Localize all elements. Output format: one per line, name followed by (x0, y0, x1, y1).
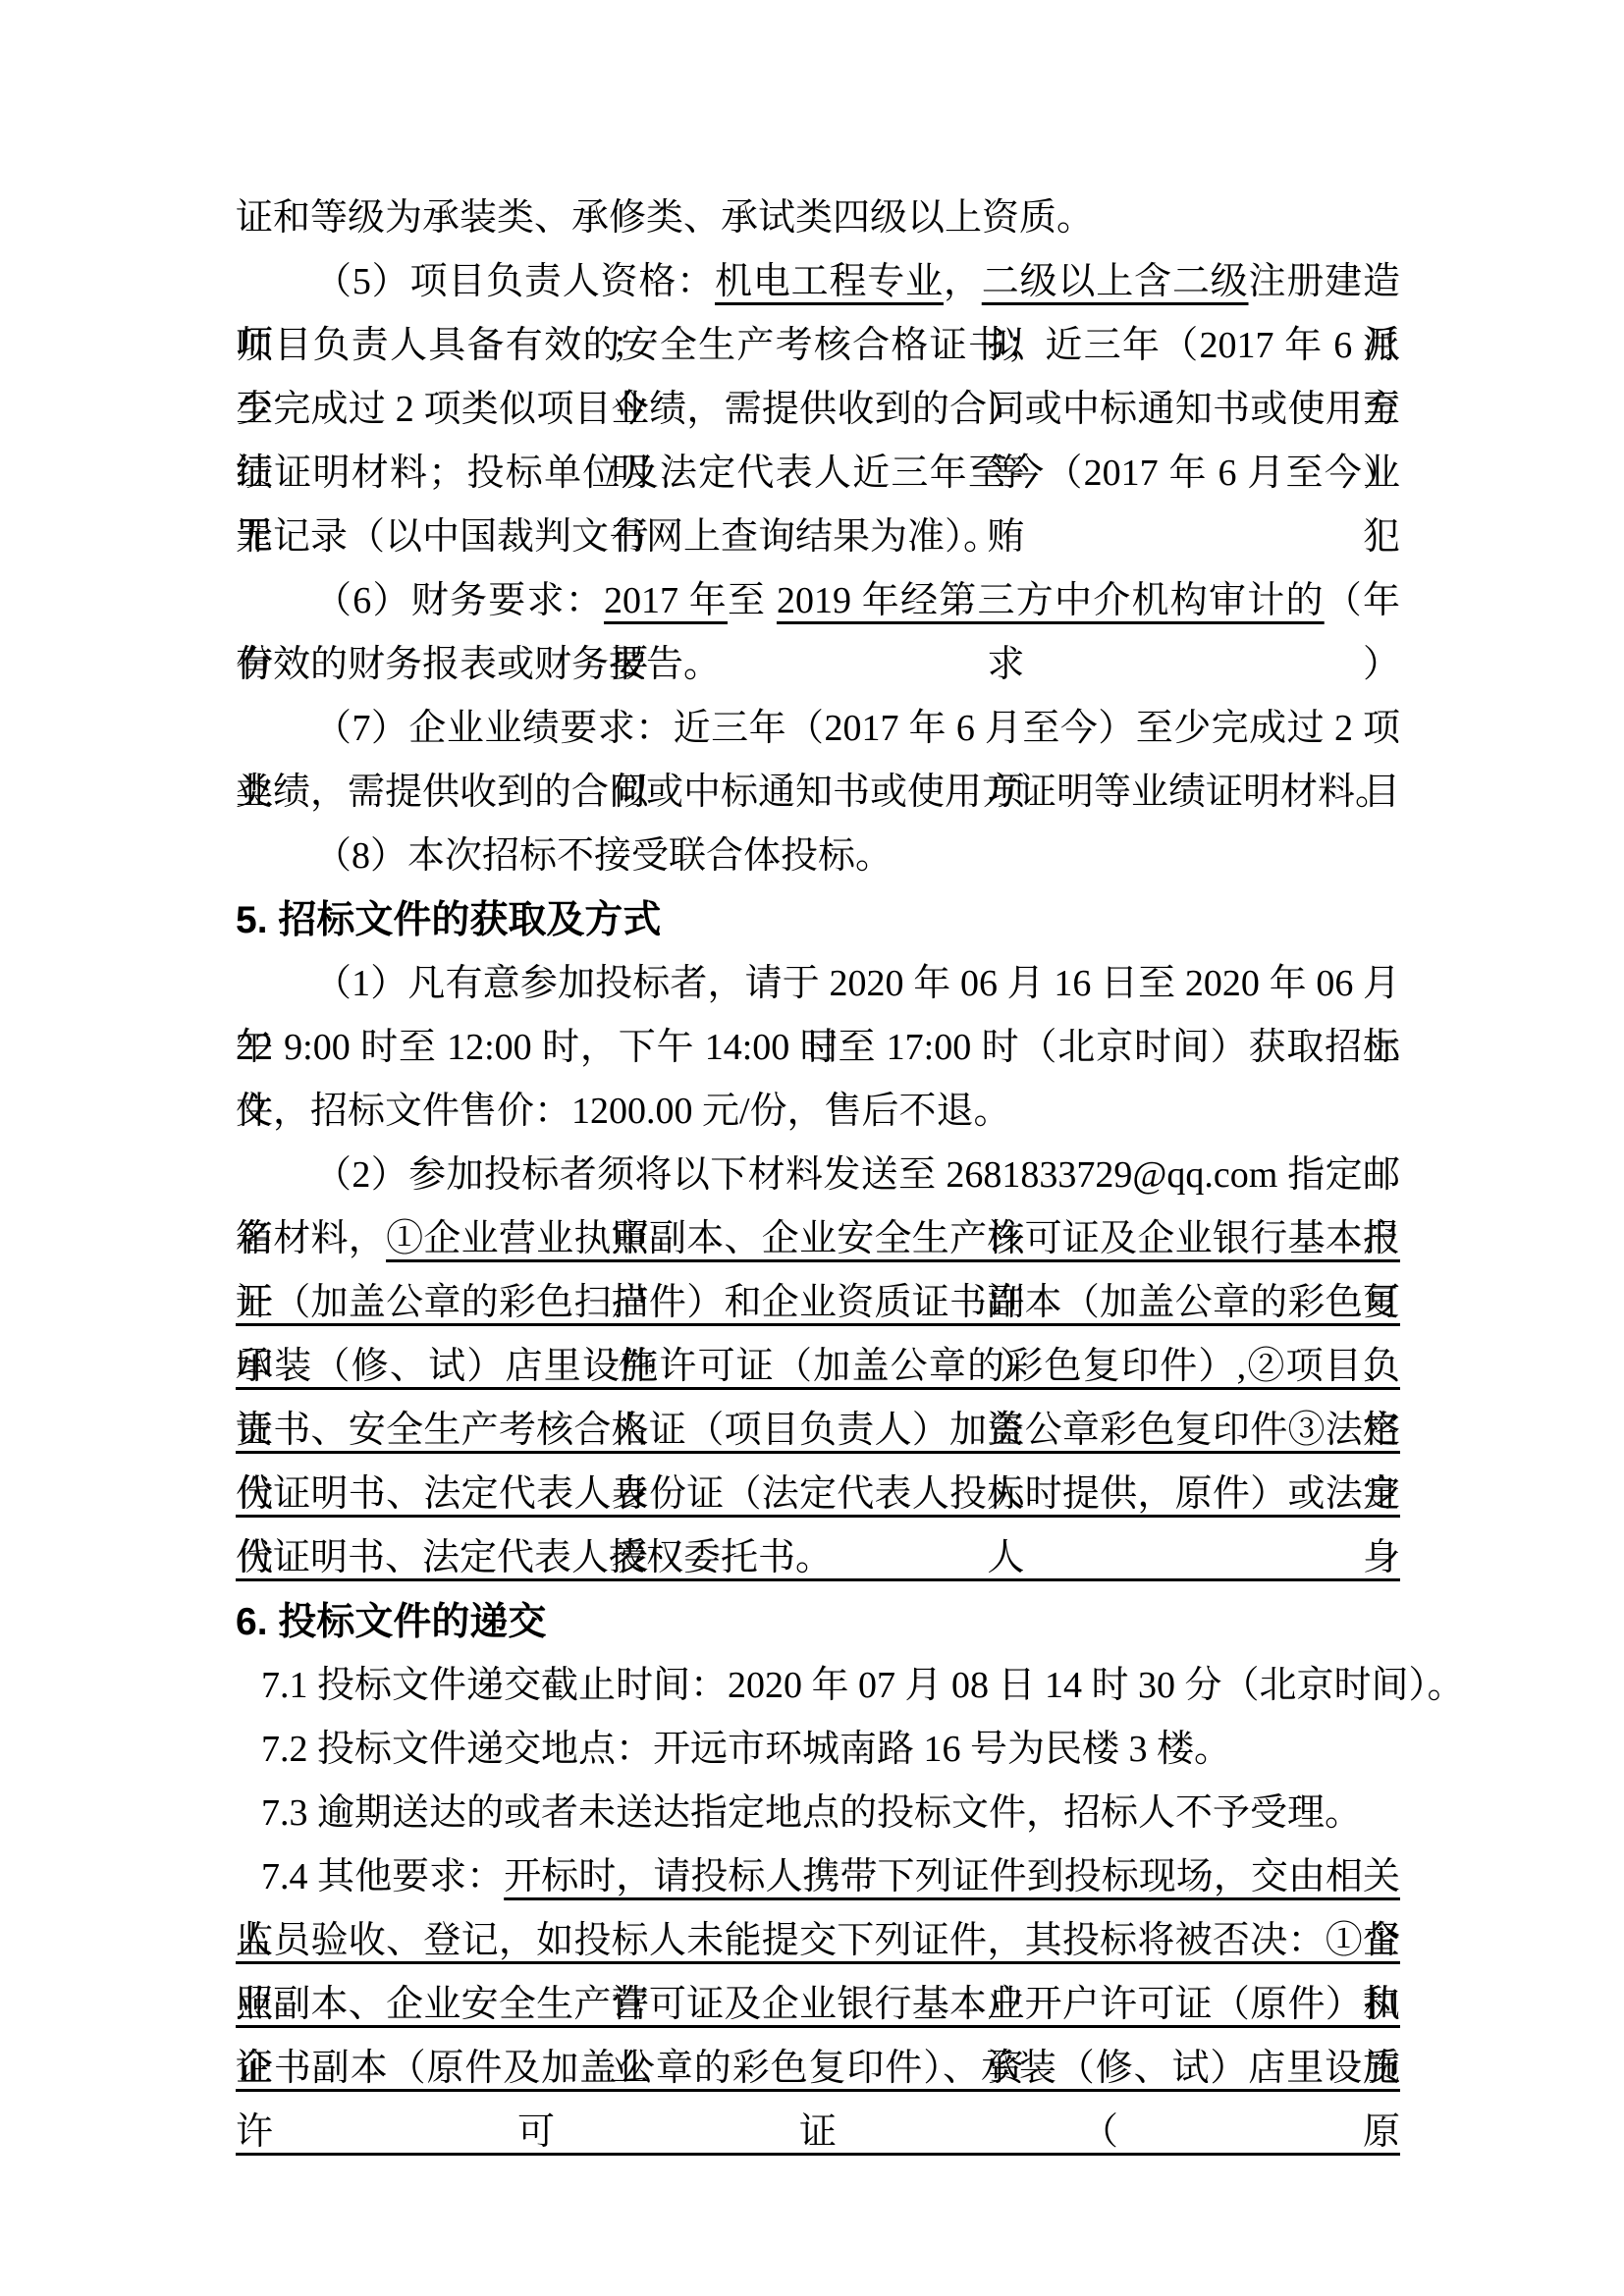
text-line: 少完成过 2 项类似项目业绩，需提供收到的合同或中标通知书或使用方证明等业 (236, 378, 1400, 442)
underlined-text-segment: 机电工程专业 (715, 261, 944, 302)
underlined-text-segment: 份证明书、法定代表人授权委托书。 (236, 1537, 833, 1578)
text-segment: 5. 招标文件的获取及方式 (236, 899, 661, 941)
text-segment: 证和等级为承装类、承修类、承试类四级以上资质。 (236, 197, 1094, 239)
text-line: 证书副本（原件及加盖公章的彩色复印件）、承装（修、试）店里设施许可证（原 (236, 2037, 1400, 2101)
text-line: 业绩，需提供收到的合同或中标通知书或使用方证明等业绩证明材料。 (236, 761, 1400, 825)
text-segment: 7.1 投标文件递交截止时间：2020 年 07 月 08 日 14 时 30 … (261, 1665, 1465, 1706)
text-line: 7.2 投标文件递交地点：开远市环城南路 16 号为民楼 3 楼。 (236, 1718, 1400, 1782)
document-page: 证和等级为承装类、承修类、承试类四级以上资质。（5）项目负责人资格：机电工程专业… (0, 0, 1624, 2296)
underlined-text-segment: 二级以上含二级 (982, 261, 1249, 302)
text-line: 证书、安全生产考核合格证（项目负责人）加盖公章彩色复印件③法定代表人身 (236, 1399, 1400, 1463)
text-line: （8）本次招标不接受联合体投标。 (236, 825, 1400, 888)
text-segment: 件，招标文件售价：1200.00 元/份，售后不退。 (236, 1091, 1011, 1132)
text-line: 证（加盖公章的彩色扫描件）和企业资质证书副本（加盖公章的彩色复印件）、 (236, 1271, 1400, 1335)
text-line: （5）项目负责人资格：机电工程专业，二级以上含二级注册建造师；拟派 (236, 250, 1400, 314)
text-segment: 7.3 逾期送达的或者未送达指定地点的投标文件，招标人不予受理。 (261, 1792, 1362, 1834)
text-segment: 7.4 其他要求： (261, 1856, 504, 1897)
text-line: 人员验收、登记，如投标人未能提交下列证件，其投标将被否决：①企业营业执 (236, 1909, 1400, 1973)
text-segment: （5）项目负责人资格： (314, 261, 715, 302)
document-content: 证和等级为承装类、承修类、承试类四级以上资质。（5）项目负责人资格：机电工程专业… (236, 187, 1400, 2101)
text-segment: 7.2 投标文件递交地点：开远市环城南路 16 号为民楼 3 楼。 (261, 1729, 1231, 1770)
text-line: 绩证明材料；投标单位及法定代表人近三年至今（2017 年 6 月至今）无行贿犯 (236, 442, 1400, 506)
text-line: 7.4 其他要求：开标时，请投标人携带下列证件到投标现场，交由相关监督 (236, 1845, 1400, 1909)
text-segment: 业绩，需提供收到的合同或中标通知书或使用方证明等业绩证明材料。 (236, 772, 1392, 813)
text-line: 午 9:00 时至 12:00 时，下午 14:00 时至 17:00 时（北京… (236, 1016, 1400, 1080)
text-segment: 罪记录（以中国裁判文书网上查询结果为准）。 (236, 516, 1001, 558)
text-line: 7.1 投标文件递交截止时间：2020 年 07 月 08 日 14 时 30 … (236, 1654, 1400, 1718)
underlined-text-segment: 2019 年经第三方中介机构审计的 (777, 580, 1325, 621)
text-line: 名材料，①企业营业执照副本、企业安全生产许可证及企业银行基本户开户许可 (236, 1207, 1400, 1271)
text-line: 件，招标文件售价：1200.00 元/份，售后不退。 (236, 1080, 1400, 1144)
section-heading: 5. 招标文件的获取及方式 (236, 888, 1400, 952)
text-line: 7.3 逾期送达的或者未送达指定地点的投标文件，招标人不予受理。 (236, 1782, 1400, 1845)
text-segment: ， (944, 261, 982, 302)
text-line: 证和等级为承装类、承修类、承试类四级以上资质。 (236, 187, 1400, 250)
text-segment: （8）本次招标不接受联合体投标。 (314, 835, 893, 877)
text-segment: 6. 投标文件的递交 (236, 1601, 546, 1643)
text-line: 项目负责人具备有效的安全生产考核合格证书；近三年（2017 年 6 月至今）至 (236, 314, 1400, 378)
underlined-text-segment: 2017 年 (604, 580, 728, 621)
text-segment: 至 (728, 580, 777, 621)
text-segment: 名材料， (236, 1218, 386, 1259)
text-line: （6）财务要求：2017 年至 2019 年经第三方中介机构审计的（年份要求） (236, 569, 1400, 633)
text-line: （2）参加投标者须将以下材料发送至 2681833729@qq.com 指定邮箱… (236, 1144, 1400, 1207)
text-segment: （6）财务要求： (314, 580, 604, 621)
text-line: 承装（修、试）店里设施许可证（加盖公章的彩色复印件）,②项目负责人资格 (236, 1335, 1400, 1399)
text-segment: 有效的财务报表或财务报告。 (236, 644, 721, 685)
text-line: 份证明书、法定代表人身份证（法定代表人投标时提供，原件）或法定代表人身 (236, 1463, 1400, 1526)
text-line: （1）凡有意参加投标者，请于 2020 年 06 月 16 日至 2020 年 … (236, 952, 1400, 1016)
section-heading: 6. 投标文件的递交 (236, 1590, 1400, 1654)
underlined-text-segment: 证书副本（原件及加盖公章的彩色复印件）、承装（修、试）店里设施许可证（原 (236, 2048, 1400, 2153)
text-line: （7）企业业绩要求：近三年（2017 年 6 月至今）至少完成过 2 项类似项目 (236, 697, 1400, 761)
text-line: 照副本、企业安全生产许可证及企业银行基本户开户许可证（原件）和企业资质 (236, 1973, 1400, 2037)
